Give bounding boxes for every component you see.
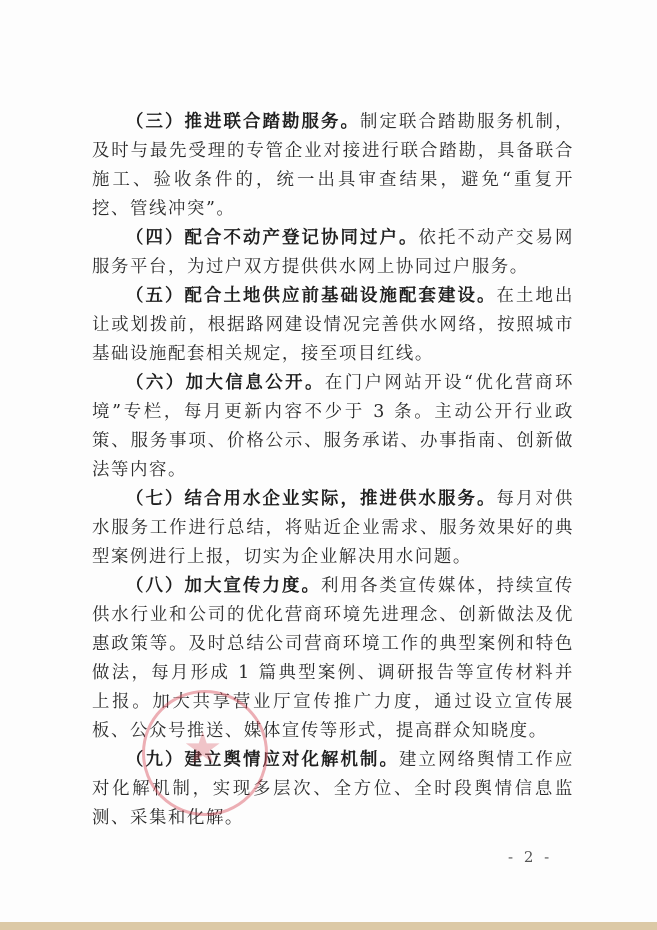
section-heading: （九）建立舆情应对化解机制。 — [126, 750, 399, 770]
paragraph-section-6: （六）加大信息公开。在门户网站开设“优化营商环境”专栏，每月更新内容不少于 3 … — [92, 369, 574, 485]
document-body: （三）推进联合踏勘服务。制定联合踏勘服务机制，及时与最先受理的专管企业对接进行联… — [92, 108, 574, 833]
paragraph-section-4: （四）配合不动产登记协同过户。依托不动产交易网服务平台，为过户双方提供供水网上协… — [92, 224, 574, 282]
paragraph-section-9: （九）建立舆情应对化解机制。建立网络舆情工作应对化解机制，实现多层次、全方位、全… — [92, 746, 574, 833]
paragraph-section-8: （八）加大宣传力度。利用各类宣传媒体，持续宣传供水行业和公司的优化营商环境先进理… — [92, 572, 574, 746]
document-page: （三）推进联合踏勘服务。制定联合踏勘服务机制，及时与最先受理的专管企业对接进行联… — [0, 0, 657, 922]
section-heading: （六）加大信息公开。 — [126, 373, 325, 393]
paragraph-section-5: （五）配合土地供应前基础设施配套建设。在土地出让或划拨前，根据路网建设情况完善供… — [92, 282, 574, 369]
section-heading: （八）加大宣传力度。 — [126, 576, 321, 596]
section-heading: （五）配合土地供应前基础设施配套建设。 — [126, 286, 497, 306]
section-heading: （七）结合用水企业实际，推进供水服务。 — [126, 489, 497, 509]
paragraph-section-3: （三）推进联合踏勘服务。制定联合踏勘服务机制，及时与最先受理的专管企业对接进行联… — [92, 108, 574, 224]
section-heading: （四）配合不动产登记协同过户。 — [126, 228, 419, 248]
section-heading: （三）推进联合踏勘服务。 — [126, 112, 360, 132]
viewer-bottom-border — [0, 922, 657, 930]
page-number: - 2 - — [508, 848, 552, 866]
paragraph-section-7: （七）结合用水企业实际，推进供水服务。每月对供水服务工作进行总结，将贴近企业需求… — [92, 485, 574, 572]
section-body: 利用各类宣传媒体，持续宣传供水行业和公司的优化营商环境先进理念、创新做法及优惠政… — [92, 576, 574, 741]
